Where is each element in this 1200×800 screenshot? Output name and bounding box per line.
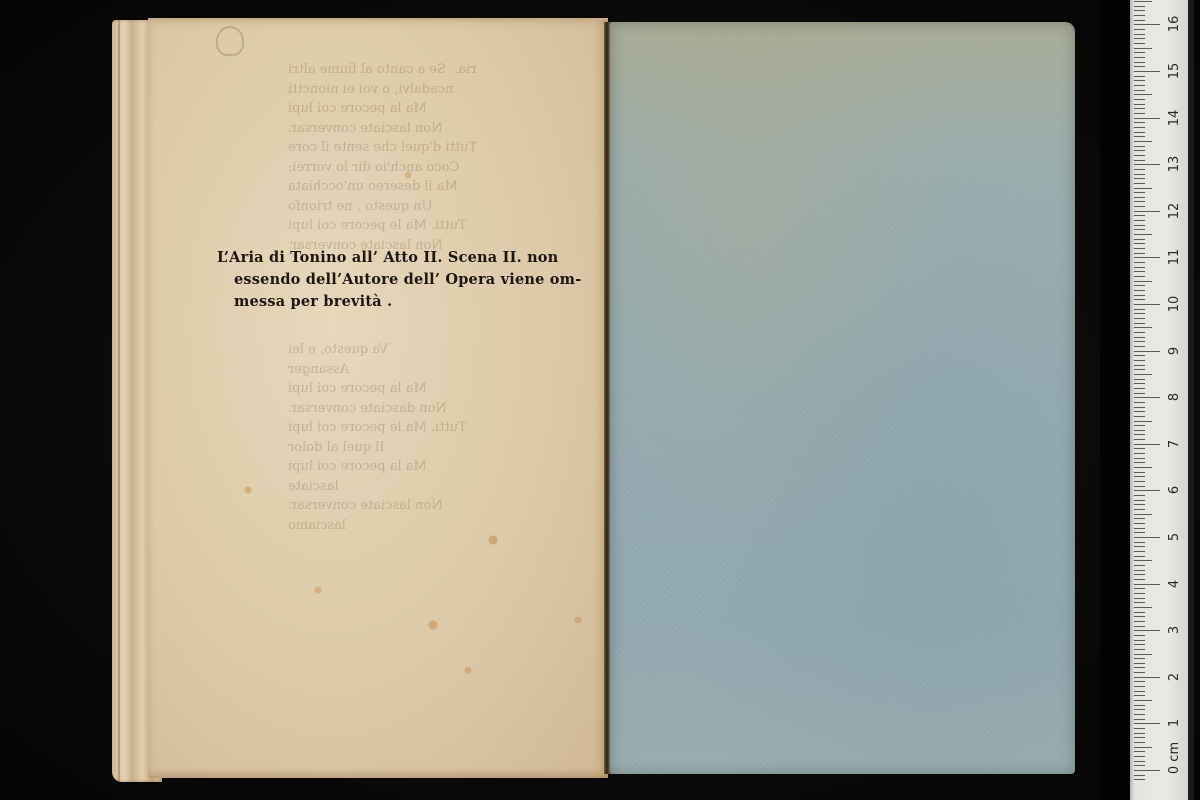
ruler-tick [1134,728,1145,729]
ruler-tick [1134,472,1145,473]
ruler-number: 6 [1165,479,1185,501]
ruler-tick [1134,183,1145,184]
ruler-tick [1134,281,1152,282]
ruler-edge [1188,0,1194,800]
ruler-tick [1134,1,1152,2]
ruler-tick [1134,99,1145,100]
ruler-tick [1134,48,1152,49]
ruler-tick [1134,85,1145,86]
ruler-tick [1134,309,1145,310]
ruler-tick [1134,285,1145,286]
ruler-tick [1134,174,1145,175]
ruler-tick [1134,467,1152,468]
ruler-tick [1134,164,1160,165]
ruler-tick [1134,239,1145,240]
notice-line-3: messa per brevità . [217,291,597,313]
ruler-tick [1134,155,1145,156]
ruler-tick [1134,556,1145,557]
ruler-tick [1134,612,1145,613]
ruler-tick [1134,621,1145,622]
ruler-tick [1134,453,1145,454]
ruler-tick [1134,686,1145,687]
background-shadow-strip [1100,0,1130,800]
ruler-tick [1134,421,1152,422]
ruler-number: 12 [1165,200,1185,222]
ruler-tick [1134,379,1145,380]
ruler-tick [1134,57,1145,58]
ruler-tick [1134,737,1145,738]
ruler-number: 2 [1165,666,1185,688]
ruler-tick [1134,733,1145,734]
ruler-tick [1134,416,1145,417]
ruler-tick [1134,747,1152,748]
ruler-tick [1134,765,1145,766]
ruler-tick [1134,663,1145,664]
ruler-tick [1134,542,1145,543]
ruler-tick [1134,574,1145,575]
ruler-tick [1134,299,1145,300]
ruler-tick [1134,700,1152,701]
ruler-number: 4 [1165,573,1185,595]
ruler-tick [1134,584,1160,585]
ruler-tick [1134,709,1145,710]
ruler-tick [1134,201,1145,202]
ruler-tick [1134,518,1145,519]
ruler-tick [1134,341,1145,342]
ruler-tick [1134,90,1145,91]
ruler-tick [1134,444,1160,445]
ruler-tick [1134,546,1145,547]
ruler-tick [1134,80,1145,81]
ruler-tick [1134,10,1145,11]
ruler-tick [1134,691,1145,692]
ruler-tick [1134,532,1145,533]
ruler-tick [1134,714,1145,715]
ruler-tick [1134,495,1145,496]
ruler-tick [1134,654,1152,655]
ruler-tick [1134,150,1145,151]
ruler-number: 7 [1165,433,1185,455]
ruler-tick [1134,169,1145,170]
ruler-tick [1134,234,1152,235]
blue-paper-cover [610,22,1075,774]
ruler-tick [1134,775,1145,776]
ruler-tick [1134,593,1145,594]
ruler-tick [1134,439,1145,440]
ruler-tick [1134,476,1145,477]
ruler-tick [1134,132,1145,133]
notice-line-2: essendo dell’Autore dell’ Opera viene om… [217,269,597,291]
ruler-tick [1134,630,1160,631]
ruler-tick [1134,393,1145,394]
ruler-tick [1134,411,1145,412]
ruler-tick [1134,192,1145,193]
left-page: ria. Se a canto al fiume altri ncadalvi,… [148,18,608,778]
ruler-tick [1134,20,1145,21]
ruler-tick [1134,215,1145,216]
ruler-tick [1134,104,1145,105]
ruler-tick [1134,640,1145,641]
ruler-tick [1134,761,1145,762]
ruler-tick [1134,118,1160,119]
page-corner-mark [216,26,244,56]
ruler-tick [1134,388,1145,389]
ruler-number: 9 [1165,340,1185,362]
ruler-tick [1134,206,1145,207]
ruler-tick [1134,635,1145,636]
ruler-tick [1134,458,1145,459]
ruler-tick [1134,122,1145,123]
ruler-tick [1134,644,1145,645]
ruler-tick [1134,188,1152,189]
ruler-tick [1134,565,1145,566]
ruler-tick [1134,62,1145,63]
ruler-number: 0 cm [1165,738,1185,778]
ruler-tick [1134,756,1145,757]
ruler-tick [1134,490,1160,491]
ruler-tick [1134,779,1145,780]
ruler-tick [1134,528,1145,529]
ruler-tick [1134,271,1145,272]
ruler-tick [1134,113,1145,114]
ruler-tick [1134,355,1145,356]
ruler-number: 1 [1165,712,1185,734]
ruler-tick [1134,24,1160,25]
ruler-number: 5 [1165,526,1185,548]
ruler-tick [1134,66,1145,67]
ruler-tick [1134,672,1145,673]
ruler-tick [1134,94,1152,95]
ruler-tick [1134,430,1145,431]
ruler-number: 15 [1165,60,1185,82]
ruler-tick [1134,253,1145,254]
centimeter-ruler: 0 cm12345678910111213141516 [1130,0,1188,800]
omission-notice: L’Aria di Tonino all’ Atto II. Scena II.… [217,247,597,313]
ruler-number: 8 [1165,386,1185,408]
ruler-number: 16 [1165,13,1185,35]
ruler-tick [1134,267,1145,268]
ruler-tick [1134,462,1145,463]
ruler-number: 11 [1165,246,1185,268]
ruler-number: 3 [1165,619,1185,641]
ruler-tick [1134,304,1160,305]
ruler-tick [1134,248,1145,249]
ruler-tick [1134,500,1145,501]
ruler-tick [1134,323,1145,324]
ruler-tick [1134,705,1145,706]
ruler-tick [1134,723,1160,724]
ruler-tick [1134,15,1145,16]
ruler-number: 10 [1165,293,1185,315]
ruler-tick [1134,225,1145,226]
ruler-tick [1134,514,1152,515]
bleed-through-text-lower: Va questo, e lei Assanger Ma la pecore c… [288,340,588,535]
ruler-tick [1134,602,1145,603]
ruler-tick [1134,146,1145,147]
ruler-tick [1134,351,1160,352]
ruler-tick [1134,369,1145,370]
ruler-tick [1134,29,1145,30]
ruler-tick [1134,365,1145,366]
ruler-number: 14 [1165,107,1185,129]
ruler-tick [1134,742,1145,743]
ruler-tick [1134,560,1152,561]
ruler-tick [1134,332,1145,333]
ruler-tick [1134,313,1145,314]
ruler-tick [1134,229,1145,230]
ruler-tick [1134,407,1145,408]
ruler-tick [1134,509,1145,510]
ruler-tick [1134,346,1145,347]
ruler-tick [1134,770,1160,771]
ruler-tick [1134,76,1145,77]
ruler-tick [1134,681,1145,682]
ruler-tick [1134,719,1145,720]
ruler-tick [1134,6,1145,7]
ruler-tick [1134,178,1145,179]
ruler-tick [1134,43,1145,44]
ruler-tick [1134,220,1145,221]
ruler-tick [1134,598,1145,599]
ruler-tick [1134,397,1160,398]
ruler-tick [1134,127,1145,128]
ruler-tick [1134,108,1145,109]
ruler-tick [1134,383,1145,384]
notice-line-1: L’Aria di Tonino all’ Atto II. Scena II.… [217,247,597,269]
ruler-tick [1134,425,1145,426]
ruler-tick [1134,607,1152,608]
ruler-tick [1134,402,1145,403]
ruler-tick [1134,626,1145,627]
ruler-tick [1134,211,1160,212]
ruler-tick [1134,486,1145,487]
ruler-tick [1134,751,1145,752]
ruler-tick [1134,649,1145,650]
ruler-tick [1134,290,1145,291]
ruler-tick [1134,337,1145,338]
ruler-tick [1134,481,1145,482]
bleed-through-text-upper: ria. Se a canto al fiume altri ncadalvi,… [288,60,588,255]
ruler-tick [1134,38,1145,39]
ruler-tick [1134,276,1145,277]
ruler-tick [1134,616,1145,617]
ruler-tick [1134,160,1145,161]
ruler-tick [1134,360,1145,361]
ruler-tick [1134,570,1145,571]
ruler-tick [1134,327,1152,328]
ruler-tick [1134,448,1145,449]
ruler-tick [1134,579,1145,580]
ruler-tick [1134,197,1145,198]
ruler-number: 13 [1165,153,1185,175]
ruler-tick [1134,257,1160,258]
ruler-tick [1134,318,1145,319]
ruler-tick [1134,434,1145,435]
ruler-tick [1134,523,1145,524]
ruler-tick [1134,588,1145,589]
ruler-tick [1134,52,1145,53]
ruler-tick [1134,34,1145,35]
ruler-tick [1134,243,1145,244]
ruler-tick [1134,374,1152,375]
ruler-tick [1134,695,1145,696]
ruler-tick [1134,667,1145,668]
ruler-tick [1134,551,1145,552]
ruler-tick [1134,295,1145,296]
ruler-tick [1134,141,1152,142]
ruler-tick [1134,537,1160,538]
ruler-tick [1134,136,1145,137]
ruler-tick [1134,658,1145,659]
ruler-tick [1134,504,1145,505]
ruler-tick [1134,262,1145,263]
ruler-tick [1134,71,1160,72]
ruler-tick [1134,677,1160,678]
